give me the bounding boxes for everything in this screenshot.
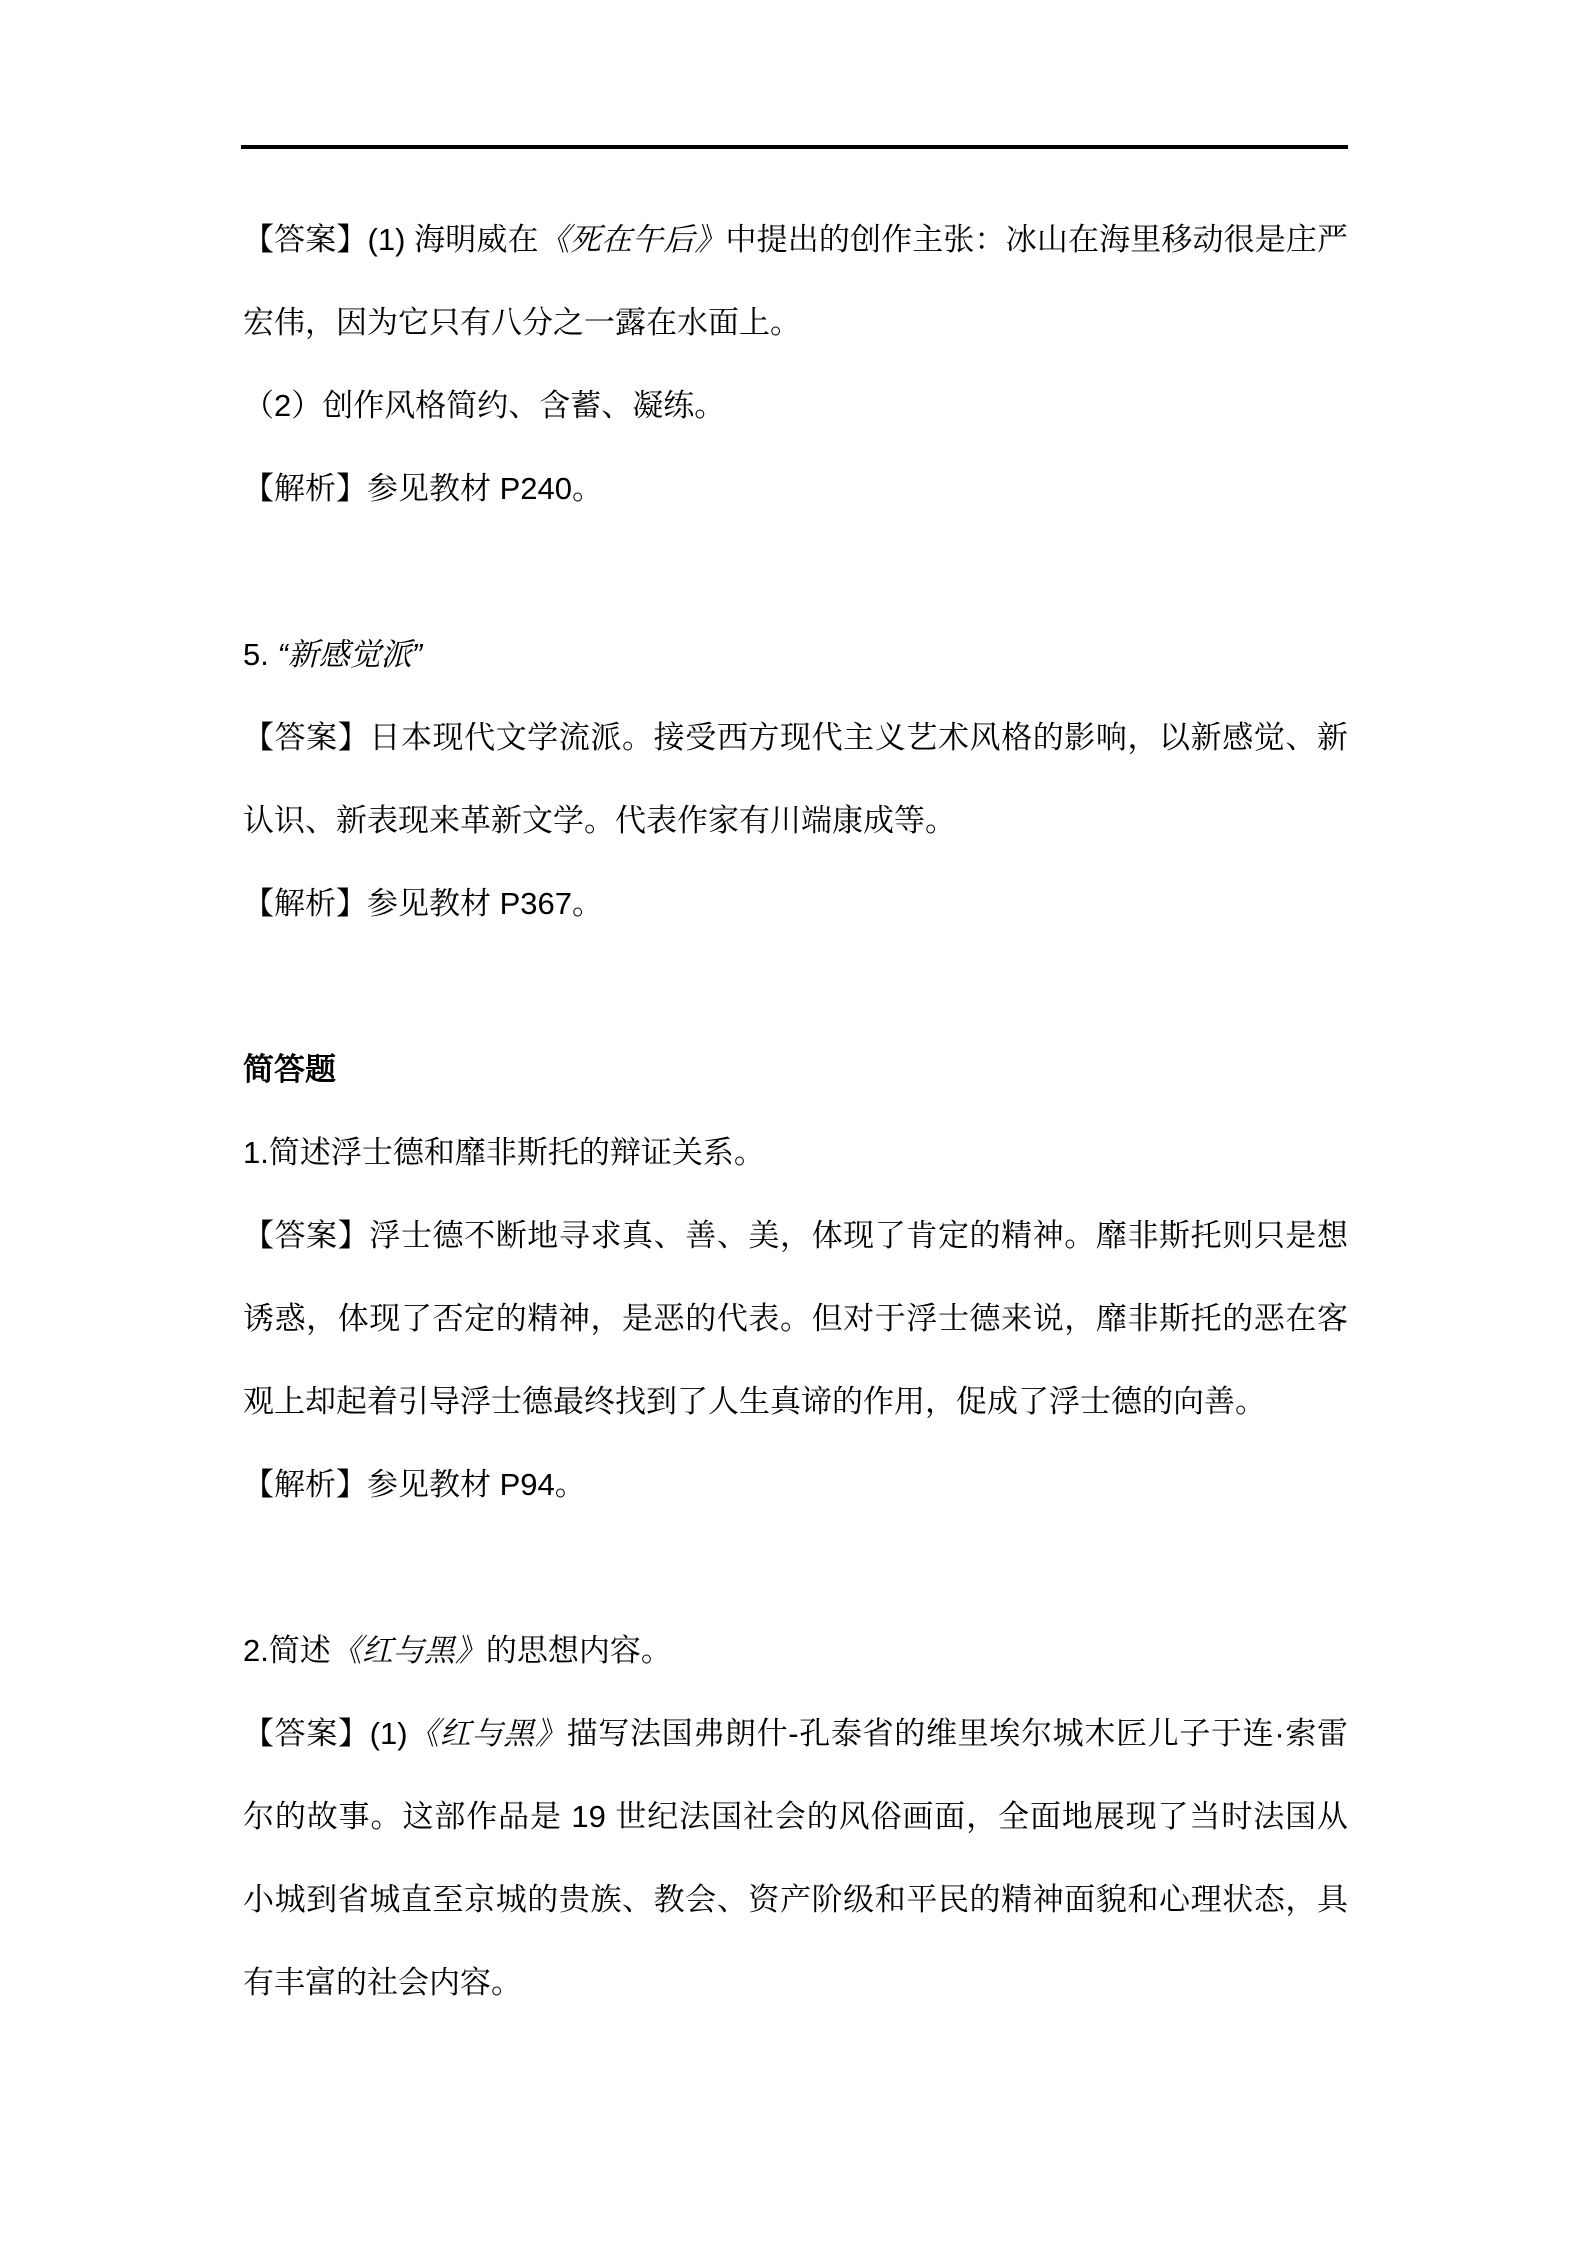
text-run: 【答案】日本现代文学流派。接受西方现代主义艺术风格的影响，以新感觉、新认识、新表…: [243, 720, 1348, 838]
answer-paragraph-red-and-black: 【答案】(1)《红与黑》描写法国弗朗什-孔泰省的维里埃尔城木匠儿子于连·索雷尔的…: [243, 1692, 1348, 2024]
text-run: 【解析】参见教材 P94。: [243, 1467, 586, 1502]
text-run: 【答案】(1): [243, 1716, 408, 1751]
text-run: 【答案】(1) 海明威在: [243, 222, 539, 257]
analysis-paragraph-p240: 【解析】参见教材 P240。: [243, 447, 1348, 530]
question-5-heading: 5. “新感觉派”: [243, 613, 1348, 696]
document-body: 【答案】(1) 海明威在《死在午后》中提出的创作主张：冰山在海里移动很是庄严宏伟…: [243, 198, 1348, 2024]
question-1: 1.简述浮士德和靡非斯托的辩证关系。: [243, 1111, 1348, 1194]
text-run: 【解析】参见教材 P367。: [243, 886, 603, 921]
text-run: 2.简述: [243, 1633, 331, 1668]
text-run: 1.简述浮士德和靡非斯托的辩证关系。: [243, 1135, 765, 1170]
empty-line: [243, 1526, 1348, 1609]
answer-paragraph-faust: 【答案】浮士德不断地寻求真、善、美，体现了肯定的精神。靡非斯托则只是想诱惑，体现…: [243, 1194, 1348, 1443]
answer-paragraph-hemingway: 【答案】(1) 海明威在《死在午后》中提出的创作主张：冰山在海里移动很是庄严宏伟…: [243, 198, 1348, 364]
answer-paragraph-new-sensation: 【答案】日本现代文学流派。接受西方现代主义艺术风格的影响，以新感觉、新认识、新表…: [243, 696, 1348, 862]
answer-paragraph-style: （2）创作风格简约、含蓄、凝练。: [243, 364, 1348, 447]
text-run: 的思想内容。: [486, 1633, 672, 1668]
section-heading-short-answer: 简答题: [243, 1028, 1348, 1111]
document-page: 【答案】(1) 海明威在《死在午后》中提出的创作主张：冰山在海里移动很是庄严宏伟…: [0, 0, 1587, 2245]
empty-line: [243, 945, 1348, 1028]
question-2: 2.简述《红与黑》的思想内容。: [243, 1609, 1348, 1692]
header-divider-line: [241, 145, 1348, 149]
text-run: 【解析】参见教材 P240。: [243, 471, 603, 506]
analysis-paragraph-p94: 【解析】参见教材 P94。: [243, 1443, 1348, 1526]
book-title-italic: 《红与黑》: [331, 1633, 486, 1668]
text-run: 简答题: [243, 1052, 336, 1087]
book-title-italic: 《红与黑》: [408, 1716, 567, 1751]
text-run: 【答案】浮士德不断地寻求真、善、美，体现了肯定的精神。靡非斯托则只是想诱惑，体现…: [243, 1218, 1348, 1419]
empty-line: [243, 530, 1348, 613]
text-run: （2）创作风格简约、含蓄、凝练。: [243, 388, 725, 423]
analysis-paragraph-p367: 【解析】参见教材 P367。: [243, 862, 1348, 945]
text-run: 描写法国弗朗什-孔泰省的维里埃尔城木匠儿子于连·索雷尔的故事。这部作品是 19 …: [243, 1716, 1348, 2000]
book-title-italic: “新感觉派”: [277, 637, 422, 672]
text-run: 5.: [243, 637, 277, 672]
book-title-italic: 《死在午后》: [539, 222, 726, 257]
